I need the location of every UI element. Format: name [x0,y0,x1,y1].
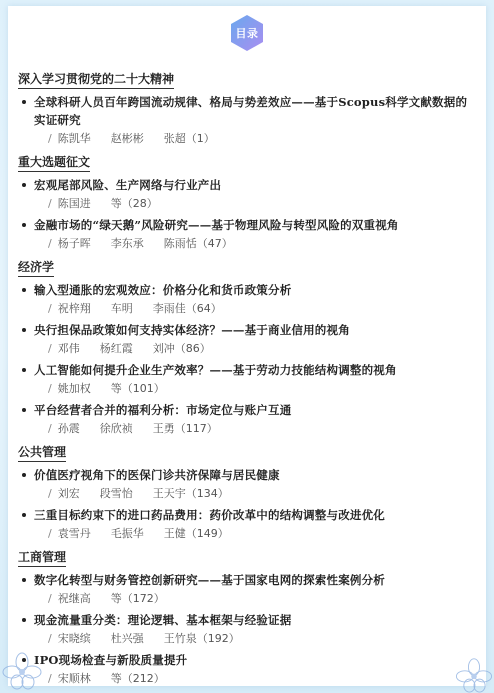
separator: / [48,592,52,605]
page-number: （64） [186,302,222,315]
toc-badge: 目录 [230,14,264,52]
article-title[interactable]: 输入型通胀的宏观效应：价格分化和货币政策分析 [34,281,480,299]
author-name: 刘宏 [58,487,80,500]
toc-entry[interactable]: 现金流量重分类：理论逻辑、基本框架与经验证据/宋晓缤杜兴强王竹泉（192） [10,611,480,649]
separator: / [48,237,52,250]
toc-entry[interactable]: 全球科研人员百年跨国流动规律、格局与势差效应——基于Scopus科学文献数据的实… [10,93,480,149]
bullet-icon [22,183,26,187]
article-authors: /刘宏段雪怡王天宇（134） [34,484,480,504]
author-name: 袁雪丹 [58,527,91,540]
article-title[interactable]: 现金流量重分类：理论逻辑、基本框架与经验证据 [34,611,480,629]
author-name: 姚加权 [58,382,91,395]
toc-entry[interactable]: 宏观尾部风险、生产网络与行业产出/陈国进等（28） [10,176,480,214]
article-authors: /孙震徐欣祯王勇（117） [34,419,480,439]
author-name: 张超 [164,132,186,145]
author-name: 段雪怡 [100,487,133,500]
article-title[interactable]: 数字化转型与财务管控创新研究——基于国家电网的探索性案例分析 [34,571,480,589]
separator: / [48,342,52,355]
article-title[interactable]: 全球科研人员百年跨国流动规律、格局与势差效应——基于Scopus科学文献数据的实… [34,93,480,129]
page-number: （149） [186,527,229,540]
article-title[interactable]: 人工智能如何提升企业生产效率？——基于劳动力技能结构调整的视角 [34,361,480,379]
toc-entry[interactable]: 央行担保品政策如何支持实体经济？——基于商业信用的视角/邓伟杨红霞刘冲（86） [10,321,480,359]
author-name: 李东承 [111,237,144,250]
article-title[interactable]: 央行担保品政策如何支持实体经济？——基于商业信用的视角 [34,321,480,339]
article-authors: /宋晓缤杜兴强王竹泉（192） [34,629,480,649]
author-name: 宋顺林 [58,672,91,685]
page-number: （86） [175,342,211,355]
badge-label: 目录 [236,25,259,41]
separator: / [48,632,52,645]
author-name: 等 [111,592,122,605]
article-title[interactable]: 平台经营者合并的福利分析：市场定位与账户互通 [34,401,480,419]
author-name: 等 [111,382,122,395]
toc-entry[interactable]: 平台经营者合并的福利分析：市场定位与账户互通/孙震徐欣祯王勇（117） [10,401,480,439]
page-number: （212） [122,672,165,685]
author-name: 王天宇 [153,487,186,500]
separator: / [48,302,52,315]
section-title: 重大选题征文 [18,155,90,172]
article-title[interactable]: 价值医疗视角下的医保门诊共济保障与居民健康 [34,466,480,484]
article-authors: /袁雪丹毛振华王健（149） [34,524,480,544]
author-name: 陈雨恬 [164,237,197,250]
author-name: 祝继高 [58,592,91,605]
author-name: 陈国进 [58,197,91,210]
article-title[interactable]: 宏观尾部风险、生产网络与行业产出 [34,176,480,194]
article-authors: /邓伟杨红霞刘冲（86） [34,339,480,359]
author-name: 等 [111,197,122,210]
bullet-icon [22,473,26,477]
bullet-icon [22,100,26,104]
article-authors: /杨子晖李东承陈雨恬（47） [34,234,480,254]
bullet-icon [22,578,26,582]
article-title[interactable]: 三重目标约束下的进口药品费用：药价改革中的结构调整与改进优化 [34,506,480,524]
section-title: 深入学习贯彻党的二十大精神 [18,72,174,89]
author-name: 等 [111,672,122,685]
toc-entry[interactable]: 人工智能如何提升企业生产效率？——基于劳动力技能结构调整的视角/姚加权等（101… [10,361,480,399]
toc-entry[interactable]: IPO现场检查与新股质量提升/宋顺林等（212） [10,651,480,689]
section-title: 工商管理 [18,550,66,567]
toc-section: 经济学输入型通胀的宏观效应：价格分化和货币政策分析/祝梓翔车明李雨佳（64）央行… [10,256,480,439]
author-name: 陈凯华 [58,132,91,145]
bullet-icon [22,408,26,412]
page-number: （101） [122,382,165,395]
separator: / [48,422,52,435]
author-name: 邓伟 [58,342,80,355]
author-name: 王竹泉 [164,632,197,645]
toc-entry[interactable]: 价值医疗视角下的医保门诊共济保障与居民健康/刘宏段雪怡王天宇（134） [10,466,480,504]
flower-decoration-icon [2,650,42,690]
flower-decoration-icon [454,656,494,693]
page-number: （117） [175,422,218,435]
article-authors: /祝继高等（172） [34,589,480,609]
bullet-icon [22,223,26,227]
author-name: 祝梓翔 [58,302,91,315]
page-number: （172） [122,592,165,605]
separator: / [48,132,52,145]
bullet-icon [22,288,26,292]
separator: / [48,672,52,685]
article-authors: /姚加权等（101） [34,379,480,399]
author-name: 杜兴强 [111,632,144,645]
article-authors: /宋顺林等（212） [34,669,480,689]
bullet-icon [22,368,26,372]
page-number: （28） [122,197,158,210]
toc-entry[interactable]: 金融市场的“绿天鹅”风险研究——基于物理风险与转型风险的双重视角/杨子晖李东承陈… [10,216,480,254]
bullet-icon [22,618,26,622]
article-authors: /祝梓翔车明李雨佳（64） [34,299,480,319]
bullet-icon [22,513,26,517]
author-name: 王健 [164,527,186,540]
toc-entry[interactable]: 数字化转型与财务管控创新研究——基于国家电网的探索性案例分析/祝继高等（172） [10,571,480,609]
author-name: 杨红霞 [100,342,133,355]
toc-section: 深入学习贯彻党的二十大精神全球科研人员百年跨国流动规律、格局与势差效应——基于S… [10,68,480,149]
separator: / [48,197,52,210]
toc-section: 公共管理价值医疗视角下的医保门诊共济保障与居民健康/刘宏段雪怡王天宇（134）三… [10,441,480,544]
article-authors: /陈凯华赵彬彬张超（1） [34,129,480,149]
separator: / [48,487,52,500]
author-name: 李雨佳 [153,302,186,315]
section-title: 经济学 [18,260,54,277]
author-name: 徐欣祯 [100,422,133,435]
author-name: 毛振华 [111,527,144,540]
page-number: （134） [186,487,229,500]
table-of-contents: 深入学习贯彻党的二十大精神全球科研人员百年跨国流动规律、格局与势差效应——基于S… [10,68,480,691]
toc-entry[interactable]: 输入型通胀的宏观效应：价格分化和货币政策分析/祝梓翔车明李雨佳（64） [10,281,480,319]
bullet-icon [22,328,26,332]
separator: / [48,382,52,395]
author-name: 赵彬彬 [111,132,144,145]
author-name: 车明 [111,302,133,315]
author-name: 杨子晖 [58,237,91,250]
article-title[interactable]: 金融市场的“绿天鹅”风险研究——基于物理风险与转型风险的双重视角 [34,216,480,234]
author-name: 宋晓缤 [58,632,91,645]
article-authors: /陈国进等（28） [34,194,480,214]
page-number: （1） [186,132,215,145]
section-title: 公共管理 [18,445,66,462]
toc-section: 重大选题征文宏观尾部风险、生产网络与行业产出/陈国进等（28）金融市场的“绿天鹅… [10,151,480,254]
separator: / [48,527,52,540]
page-number: （47） [197,237,233,250]
author-name: 王勇 [153,422,175,435]
author-name: 孙震 [58,422,80,435]
article-title[interactable]: IPO现场检查与新股质量提升 [34,651,480,669]
toc-section: 工商管理数字化转型与财务管控创新研究——基于国家电网的探索性案例分析/祝继高等（… [10,546,480,689]
page-number: （192） [197,632,240,645]
author-name: 刘冲 [153,342,175,355]
toc-entry[interactable]: 三重目标约束下的进口药品费用：药价改革中的结构调整与改进优化/袁雪丹毛振华王健（… [10,506,480,544]
